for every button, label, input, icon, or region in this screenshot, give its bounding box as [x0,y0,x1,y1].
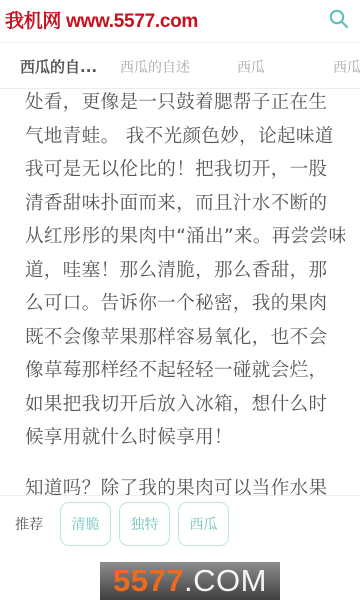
tab-0[interactable]: 西瓜的自... [20,56,97,77]
tab-3[interactable]: 西瓜 [333,57,360,77]
text-line: 像草莓那样经不起轻轻一碰就会烂， [25,354,345,388]
tab-1[interactable]: 西瓜的自述 [120,57,190,77]
search-icon [328,8,350,30]
article-paragraph: 处看，更像是一只鼓着腮帮子正在生 气地青蛙。 我不光颜色妙，论起味道 我可是无以… [25,86,345,455]
text-line: 如果把我切开后放入冰箱，想什么时 [25,388,345,422]
article-content[interactable]: 处看，更像是一只鼓着腮帮子正在生 气地青蛙。 我不光颜色妙，论起味道 我可是无以… [25,86,345,496]
tag-button[interactable]: 西瓜 [178,502,229,546]
text-line: 处看，更像是一只鼓着腮帮子正在生 [25,86,345,120]
top-bar: 我机网 www.5577.com [0,0,360,38]
text-line: 我可是无以伦比的！把我切开，一股 [25,153,345,187]
text-line: 气地青蛙。 我不光颜色妙，论起味道 [25,120,345,154]
watermark-logo: 5577.COM [100,562,280,600]
header-divider [0,42,360,43]
tag-button[interactable]: 清脆 [60,502,111,546]
recommend-label: 推荐 [15,514,43,534]
tab-2[interactable]: 西瓜 [237,57,265,77]
text-line: 知道吗？除了我的果肉可以当作水果 [25,472,345,497]
text-line: 清香甜味扑面而来，而且汁水不断的 [25,187,345,221]
text-line: 道，哇塞！那么清脆，那么香甜，那 [25,254,345,288]
search-button[interactable] [328,8,350,30]
tab-bar: 西瓜的自... 西瓜的自述 西瓜 西瓜 [0,44,360,88]
article-paragraph: 知道吗？除了我的果肉可以当作水果 食use，我的皮还可以做成菜，也可以 [25,472,345,497]
watermark-number: 5577 [113,563,184,599]
text-line: 从红彤彤的果肉中“涌出”来。再尝尝味 [25,220,345,254]
brand-logo[interactable]: 我机网 www.5577.com [5,6,198,33]
text-line: 既不会像苹果那样容易氧化，也不会 [25,321,345,355]
tag-button[interactable]: 独特 [119,502,170,546]
text-line: 候享用就什么时候享用！ [25,421,345,455]
text-line: 么可口。告诉你一个秘密，我的果肉 [25,287,345,321]
watermark-domain: .COM [184,563,267,599]
